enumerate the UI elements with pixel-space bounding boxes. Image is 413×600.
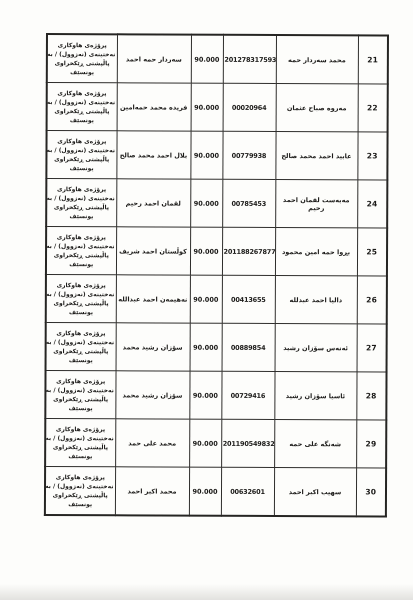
id-number-cell: 00729416 (221, 371, 274, 419)
project-line: پاڵپشتی ڕێکخراوی (47, 395, 114, 404)
project-description-cell: پرۆژەی هاوکاری نەختینەی (نەزوول) / بە پا… (45, 419, 115, 467)
table-row: 23 عابید احمد محمد صالح 00779938 90.000 … (46, 131, 387, 180)
project-line: پرۆژەی هاوکاری (48, 329, 115, 338)
row-number-cell: 24 (357, 180, 387, 228)
project-description-cell: پرۆژەی هاوکاری نەختینەی (نەزوول) / بە پا… (46, 131, 116, 179)
project-description-cell: پرۆژەی هاوکاری نەختینەی (نەزوول) / بە پا… (46, 275, 116, 323)
project-line: یونسێف (48, 164, 115, 173)
table-row: 30 سهیب اکبر احمد 00632601 90.000 محمد ا… (45, 467, 386, 517)
table-row: 29 شەنگە علی حمە 201190549832 90.000 محم… (45, 419, 386, 468)
amount-cell: 90.000 (190, 179, 222, 227)
row-number-cell: 23 (357, 132, 387, 180)
project-line: نەختینەی (نەزوول) / بە (48, 242, 115, 251)
table-row: 22 مەروە صباح عثمان 00020964 90.000 فرید… (47, 83, 388, 132)
row-number-cell: 25 (357, 228, 387, 276)
project-line: پاڵپشتی ڕێکخراوی (48, 203, 115, 212)
amount-cell: 90.000 (191, 83, 223, 131)
id-number-cell: 00413655 (222, 275, 275, 323)
amount-cell: 90.000 (190, 275, 222, 323)
amount-cell: 90.000 (190, 131, 222, 179)
project-line: پاڵپشتی ڕێکخراوی (47, 443, 114, 452)
recipient-name-cell: بلال احمد محمد صالح (116, 131, 190, 179)
project-line: یونسێف (49, 116, 116, 125)
recipient-name-cell: نەهیمەن احمد عبداللە (116, 275, 190, 323)
id-number-cell: 201278317593 (223, 35, 276, 84)
table-row: 28 ئاسیا سۆزان رشید 00729416 90.000 سۆزا… (45, 371, 386, 420)
project-line: پرۆژەی هاوکاری (49, 89, 116, 98)
amount-cell: 90.000 (189, 371, 221, 419)
project-line: پرۆژەی هاوکاری (47, 473, 114, 482)
project-line: نەختینەی (نەزوول) / بە (47, 482, 114, 491)
project-line: پاڵپشتی ڕێکخراوی (48, 251, 115, 260)
project-line: پاڵپشتی ڕێکخراوی (48, 347, 115, 356)
amount-cell: 90.000 (191, 35, 223, 84)
project-line: یونسێف (47, 404, 114, 413)
recipient-name-cell: کوڵستان احمد شریف (116, 227, 190, 275)
child-name-cell: دالیا احمد عبدللە (275, 276, 357, 324)
row-number-cell: 22 (358, 84, 388, 132)
row-number-cell: 21 (358, 35, 388, 84)
id-number-cell: 00020964 (223, 83, 276, 131)
project-description-cell: پرۆژەی هاوکاری نەختینەی (نەزوول) / بە پا… (46, 179, 116, 227)
row-number-cell: 30 (356, 468, 386, 517)
project-line: پاڵپشتی ڕێکخراوی (48, 299, 115, 308)
amount-cell: 90.000 (190, 323, 222, 371)
id-number-cell: 00632601 (221, 467, 274, 516)
id-number-cell: 00785453 (222, 179, 275, 227)
recipient-name-cell: سۆزان رشید محمد (116, 323, 190, 371)
project-line: یونسێف (49, 68, 116, 77)
project-line: یونسێف (48, 212, 115, 221)
table-row: 24 مەبەست لقمان احمد رحیم 00785453 90.00… (46, 179, 387, 228)
table-row: 25 بڕوا حمە امین محمود 201188267877 90.0… (46, 227, 387, 276)
amount-cell: 90.000 (189, 419, 221, 467)
table-row: 27 ئەنەس سۆزان رشید 00889854 90.000 سۆزا… (46, 323, 387, 372)
project-description-cell: پرۆژەی هاوکاری نەختینەی (نەزوول) / بە پا… (47, 83, 117, 131)
project-description-cell: پرۆژەی هاوکاری نەختینەی (نەزوول) / بە پا… (45, 371, 115, 419)
project-line: یونسێف (48, 308, 115, 317)
recipient-name-cell: سۆزان رشید محمد (115, 371, 189, 419)
project-line: پاڵپشتی ڕێکخراوی (49, 59, 116, 68)
project-description-cell: پرۆژەی هاوکاری نەختینەی (نەزوول) / بە پا… (47, 34, 117, 83)
project-line: نەختینەی (نەزوول) / بە (48, 338, 115, 347)
amount-cell: 90.000 (189, 467, 221, 516)
recipient-name-cell: محمد علی حمد (115, 419, 189, 467)
id-number-cell: 00779938 (222, 131, 275, 179)
project-line: پرۆژەی هاوکاری (49, 137, 116, 146)
child-name-cell: ئاسیا سۆزان رشید (274, 372, 356, 420)
project-line: یونسێف (47, 500, 114, 509)
recipient-name-cell: محمد اکبر احمد (115, 467, 189, 516)
child-name-cell: ئەنەس سۆزان رشید (275, 324, 357, 372)
amount-cell: 90.000 (190, 227, 222, 275)
project-line: پرۆژەی هاوکاری (47, 377, 114, 386)
project-line: نەختینەی (نەزوول) / بە (48, 146, 115, 155)
id-number-cell: 201188267877 (222, 227, 275, 275)
child-name-cell: سهیب اکبر احمد (274, 467, 356, 516)
recipient-name-cell: فریدە محمد حمەامین (117, 83, 191, 131)
project-line: پرۆژەی هاوکاری (48, 185, 115, 194)
table-row: 21 محمد سەردار حمە 201278317593 90.000 س… (47, 34, 388, 84)
project-line: یونسێف (48, 356, 115, 365)
child-name-cell: مەبەست لقمان احمد رحیم (275, 180, 357, 228)
project-line: نەختینەی (نەزوول) / بە (48, 194, 115, 203)
row-number-cell: 26 (357, 276, 387, 324)
beneficiary-table: 21 محمد سەردار حمە 201278317593 90.000 س… (44, 33, 389, 517)
child-name-cell: محمد سەردار حمە (276, 35, 358, 84)
project-line: پرۆژەی هاوکاری (49, 41, 116, 50)
project-line: پرۆژەی هاوکاری (47, 425, 114, 434)
project-description-cell: پرۆژەی هاوکاری نەختینەی (نەزوول) / بە پا… (46, 227, 116, 275)
project-line: پاڵپشتی ڕێکخراوی (47, 491, 114, 500)
scanned-document-page: 21 محمد سەردار حمە 201278317593 90.000 س… (0, 0, 413, 600)
row-number-cell: 28 (356, 372, 386, 420)
row-number-cell: 29 (356, 420, 386, 468)
child-name-cell: شەنگە علی حمە (274, 419, 356, 467)
id-number-cell: 00889854 (222, 323, 275, 371)
project-line: یونسێف (48, 260, 115, 269)
id-number-cell: 201190549832 (221, 419, 274, 467)
project-line: نەختینەی (نەزوول) / بە (47, 386, 114, 395)
project-line: نەختینەی (نەزوول) / بە (47, 434, 114, 443)
project-line: پاڵپشتی ڕێکخراوی (49, 107, 116, 116)
table-row: 26 دالیا احمد عبدللە 00413655 90.000 نەه… (46, 275, 387, 324)
recipient-name-cell: سەردار حمە احمد (117, 34, 191, 83)
project-description-cell: پرۆژەی هاوکاری نەختینەی (نەزوول) / بە پا… (46, 323, 116, 371)
recipient-name-cell: لقمان احمد رحیم (116, 179, 190, 227)
project-description-cell: پرۆژەی هاوکاری نەختینەی (نەزوول) / بە پا… (45, 467, 115, 516)
project-line: یونسێف (47, 452, 114, 461)
project-line: پرۆژەی هاوکاری (48, 281, 115, 290)
project-line: پرۆژەی هاوکاری (48, 233, 115, 242)
child-name-cell: مەروە صباح عثمان (276, 84, 358, 132)
scan-edge-shadow (0, 584, 413, 600)
row-number-cell: 27 (357, 324, 387, 372)
child-name-cell: بڕوا حمە امین محمود (275, 228, 357, 276)
project-line: نەختینەی (نەزوول) / بە (49, 98, 116, 107)
project-line: نەختینەی (نەزوول) / بە (48, 290, 115, 299)
child-name-cell: عابید احمد محمد صالح (275, 132, 357, 180)
project-line: نەختینەی (نەزوول) / بە (49, 50, 116, 59)
project-line: پاڵپشتی ڕێکخراوی (48, 155, 115, 164)
